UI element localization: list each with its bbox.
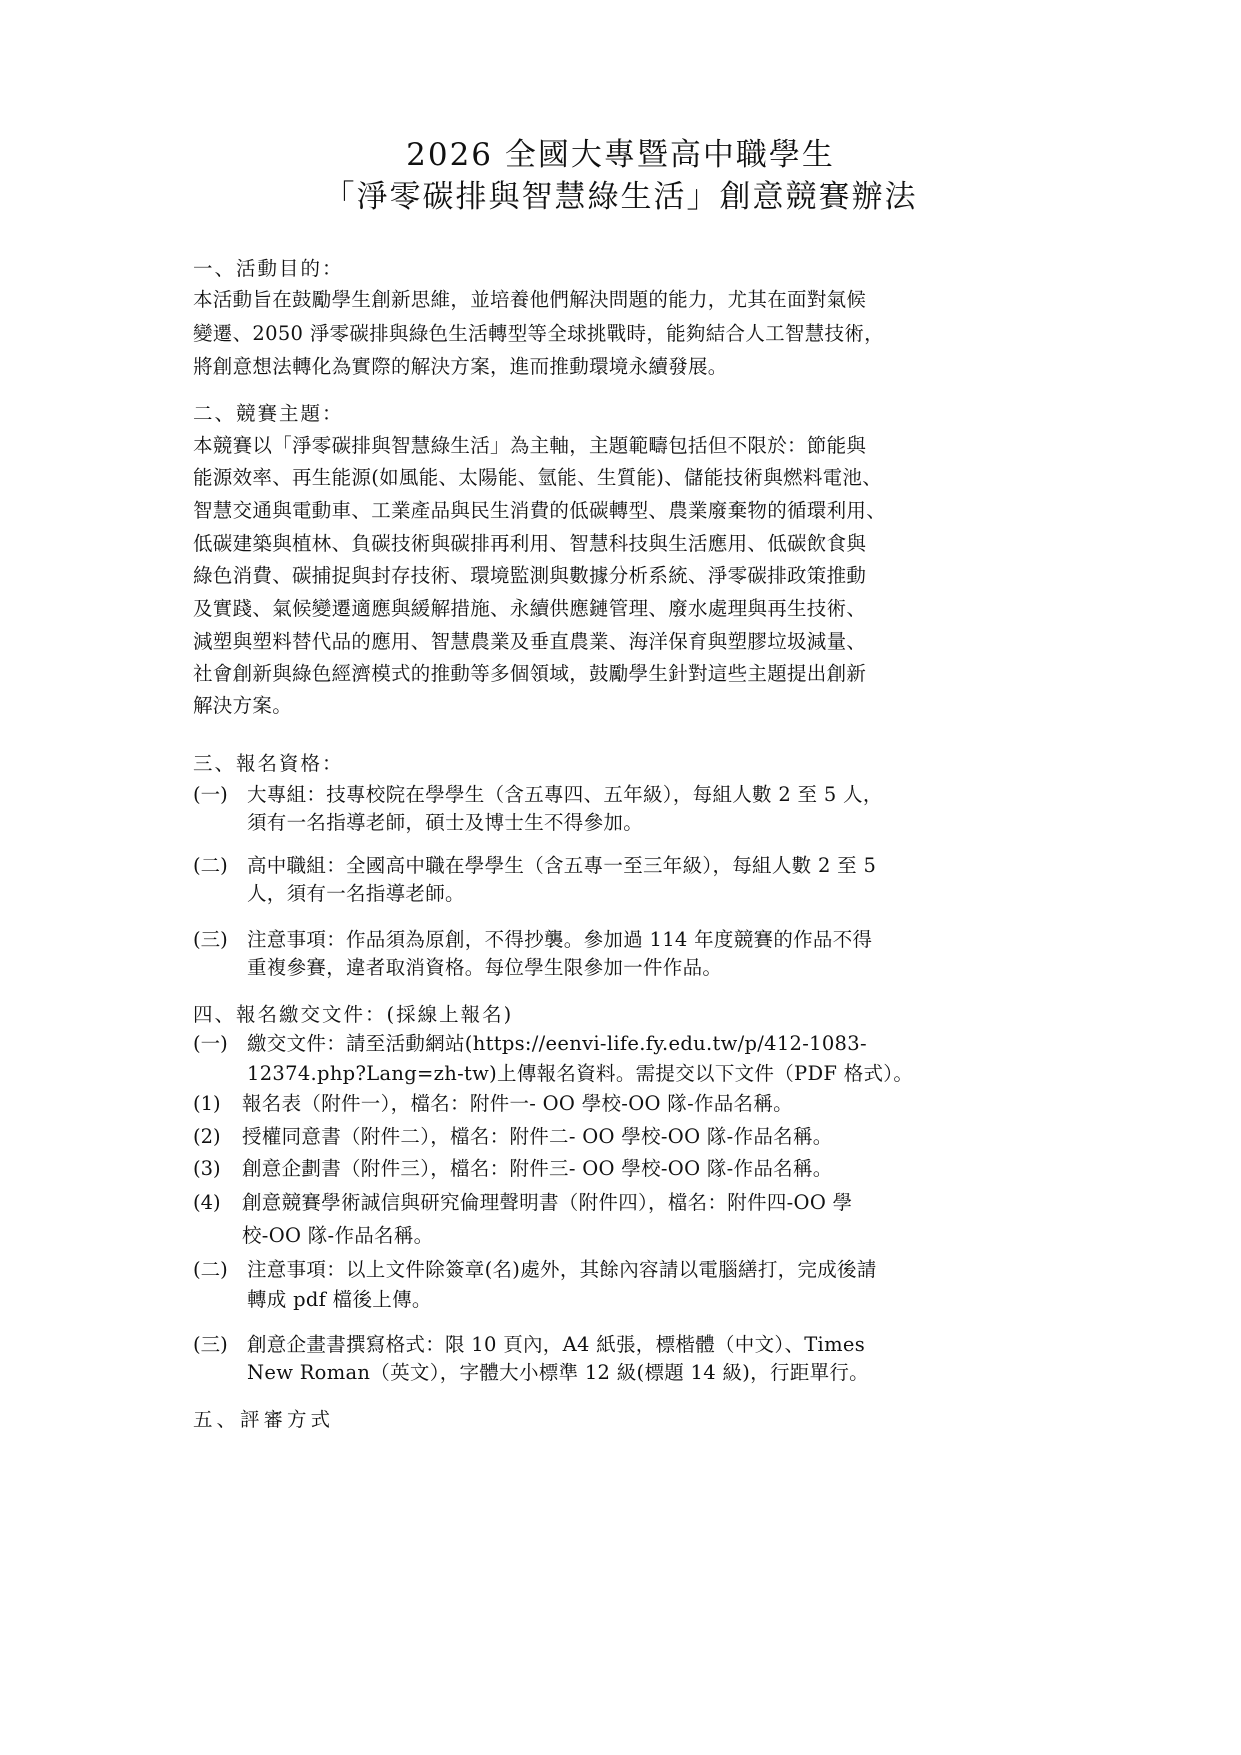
list-item-line: 12374.php?Lang=zh-tw)上傳報名資料。需提交以下文件（PDF … [247,1059,913,1089]
section-2-paragraph-line: 減塑與塑料替代品的應用、智慧農業及垂直農業、海洋保育與塑膠垃圾減量、 [193,627,866,657]
sub-item-number: (1) [193,1089,221,1119]
sub-item-line: 授權同意書（附件二），檔名：附件二- OO 學校-OO 隊-作品名稱。 [242,1122,833,1152]
section-5-heading: 五、評審方式 [193,1405,334,1435]
section-2-heading: 二、競賽主題： [193,399,344,429]
document-page: 2026 全國大專暨高中職學生 「淨零碳排與智慧綠生活」創意競賽辦法 一、活動目… [0,0,1241,1755]
list-item-line: 創意企畫書撰寫格式：限 10 頁內，A4 紙張，標楷體（中文）、Times [247,1330,865,1360]
document-title-line-1: 2026 全國大專暨高中職學生 [0,135,1241,175]
section-2-paragraph-line: 本競賽以「淨零碳排與智慧綠生活」為主軸，主題範疇包括但不限於：節能與 [193,431,866,461]
sub-item-number: (3) [193,1154,221,1184]
section-4-heading: 四、報名繳交文件：(採線上報名) [193,1000,513,1030]
sub-item-line: 報名表（附件一），檔名：附件一- OO 學校-OO 隊-作品名稱。 [242,1089,793,1119]
section-2-paragraph-line: 及實踐、氣候變遷適應與緩解措施、永續供應鏈管理、廢水處理與再生技術、 [193,594,866,624]
section-2-paragraph-line: 綠色消費、碳捕捉與封存技術、環境監測與數據分析系統、淨零碳排政策推動 [193,561,866,591]
list-item-line: 重複參賽，違者取消資格。每位學生限參加一件作品。 [247,953,722,983]
section-3-heading: 三、報名資格： [193,749,344,779]
list-item-line: New Roman（英文），字體大小標準 12 級(標題 14 級)，行距單行。 [247,1358,869,1388]
list-item-number: (二) [193,1255,228,1285]
sub-item-line: 創意競賽學術誠信與研究倫理聲明書（附件四），檔名：附件四-OO 學 [242,1188,852,1218]
section-1-paragraph-line: 本活動旨在鼓勵學生創新思維，並培養他們解決問題的能力，尤其在面對氣候 [193,285,866,315]
section-2-paragraph-line: 智慧交通與電動車、工業產品與民生消費的低碳轉型、農業廢棄物的循環利用、 [193,496,886,526]
sub-item-number: (2) [193,1122,221,1152]
list-item-number: (一) [193,1029,228,1059]
list-item-number: (二) [193,851,228,881]
list-item-line: 人，須有一名指導老師。 [247,879,465,909]
section-2-paragraph-line: 解決方案。 [193,691,292,721]
section-1-paragraph-line: 將創意想法轉化為實際的解決方案，進而推動環境永續發展。 [193,352,728,382]
list-item-line: 大專組：技專校院在學學生（含五專四、五年級），每組人數 2 至 5 人， [247,780,883,810]
list-item-number: (一) [193,780,228,810]
list-item-line: 注意事項：作品須為原創，不得抄襲。參加過 114 年度競賽的作品不得 [247,925,872,955]
section-1-paragraph-line: 變遷、2050 淨零碳排與綠色生活轉型等全球挑戰時，能夠結合人工智慧技術， [193,319,884,349]
sub-item-line: 校-OO 隊-作品名稱。 [242,1221,433,1251]
section-2-paragraph-line: 能源效率、再生能源(如風能、太陽能、氫能、生質能)、儲能技術與燃料電池、 [193,463,882,493]
document-title-line-2: 「淨零碳排與智慧綠生活」創意競賽辦法 [0,177,1241,217]
list-item-line: 轉成 pdf 檔後上傳。 [247,1285,432,1315]
sub-item-number: (4) [193,1188,221,1218]
list-item-line: 繳交文件：請至活動網站(https://eenvi-life.fy.edu.tw… [247,1029,867,1059]
list-item-number: (三) [193,1330,228,1360]
list-item-line: 高中職組：全國高中職在學學生（含五專一至三年級），每組人數 2 至 5 [247,851,876,881]
list-item-line: 注意事項：以上文件除簽章(名)處外，其餘內容請以電腦繕打，完成後請 [247,1255,877,1285]
list-item-number: (三) [193,925,228,955]
section-1-heading: 一、活動目的： [193,254,344,284]
section-2-paragraph-line: 社會創新與綠色經濟模式的推動等多個領域，鼓勵學生針對這些主題提出創新 [193,659,866,689]
section-2-paragraph-line: 低碳建築與植林、負碳技術與碳排再利用、智慧科技與生活應用、低碳飲食與 [193,529,866,559]
list-item-line: 須有一名指導老師，碩士及博士生不得參加。 [247,808,643,838]
sub-item-line: 創意企劃書（附件三），檔名：附件三- OO 學校-OO 隊-作品名稱。 [242,1154,833,1184]
